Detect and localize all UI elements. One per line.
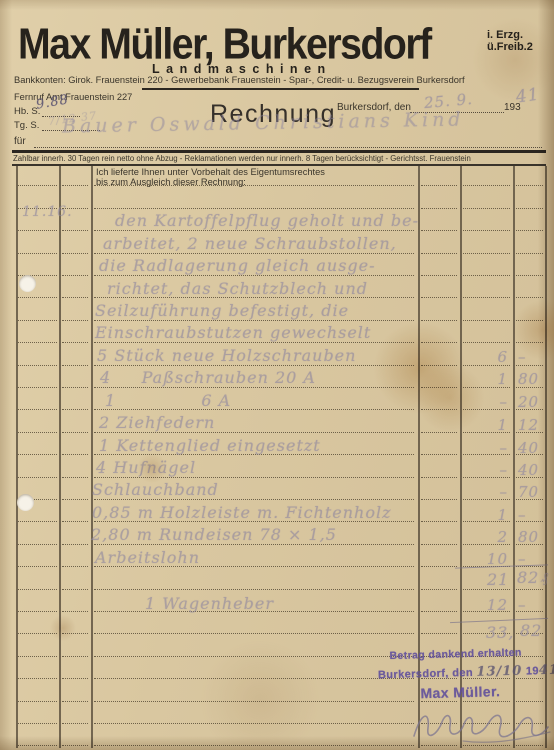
row-line	[421, 365, 457, 366]
row-line	[62, 230, 88, 231]
item-line: 5 Stück neue Holzschrauben	[97, 346, 356, 365]
terms-rule	[12, 164, 546, 166]
row-line	[62, 678, 88, 679]
phone-line: Fernruf Amt Frauenstein 227	[14, 92, 132, 102]
price-mark: 1	[470, 370, 508, 388]
row-line	[62, 544, 88, 545]
row-line	[516, 297, 543, 298]
price-mark: –	[470, 393, 508, 411]
price-pf: 12	[518, 416, 539, 434]
row-line	[516, 320, 543, 321]
row-line	[94, 342, 414, 343]
row-line	[421, 454, 457, 455]
price-mark: –	[470, 461, 508, 479]
column-divider	[59, 166, 61, 748]
row-line	[18, 723, 57, 724]
row-line	[94, 656, 414, 657]
row-line	[18, 745, 57, 746]
row-line	[18, 633, 57, 634]
row-line	[18, 678, 57, 679]
price-pf: 70	[518, 483, 539, 501]
item-line: 1 6 A	[105, 391, 231, 410]
row-line	[421, 208, 457, 209]
for-dotted-line	[34, 147, 542, 148]
row-line	[463, 320, 510, 321]
price-mark: –	[470, 439, 508, 457]
row-line	[18, 342, 57, 343]
price-mark: 2	[470, 528, 508, 546]
stamp-line-place-date: Burkersdorf, den 13/10 1941	[378, 663, 554, 683]
row-line	[516, 185, 543, 186]
row-line	[62, 745, 88, 746]
row-line	[62, 275, 88, 276]
row-line	[421, 297, 457, 298]
total-pf: 82	[520, 621, 542, 640]
row-line	[421, 477, 457, 478]
row-line	[463, 253, 510, 254]
subtotal-pfennig-sign: ₰	[541, 570, 549, 587]
row-line	[94, 230, 414, 231]
row-line	[62, 499, 88, 500]
row-line	[18, 297, 57, 298]
row-line	[421, 409, 457, 410]
row-line	[62, 320, 88, 321]
item-line: arbeitet, 2 neue Schraubstollen,	[103, 234, 397, 253]
row-line	[94, 723, 414, 724]
stamp-year-prefix: 19	[526, 665, 539, 677]
district-note: i. Erzg. ü.Freib.2	[487, 30, 533, 53]
row-line	[421, 432, 457, 433]
row-line	[421, 499, 457, 500]
item-line: 1 Kettenglied eingesetzt	[99, 436, 321, 455]
subtotal-mark: 21	[487, 570, 509, 589]
retention-clause: Ich lieferte Ihnen unter Vorbehalt des E…	[96, 168, 396, 187]
price-pf: 80	[518, 528, 539, 546]
row-line	[421, 589, 457, 590]
row-line	[516, 589, 543, 590]
row-line	[516, 253, 543, 254]
row-line	[421, 521, 457, 522]
row-line	[62, 387, 88, 388]
punch-hole-bottom	[17, 494, 34, 511]
receipt-stamp: Betrag dankend erhalten Burkersdorf, den…	[377, 646, 554, 703]
row-line	[463, 185, 510, 186]
stamp-handwritten-date: 13/10	[476, 664, 522, 680]
row-line	[62, 297, 88, 298]
price-pf: –	[518, 596, 527, 614]
item-line: 0,85 m Holzleiste m. Fichtenholz	[92, 503, 392, 522]
row-line	[62, 723, 88, 724]
row-line	[62, 185, 88, 186]
row-line	[18, 387, 57, 388]
for-label: für	[14, 136, 26, 147]
row-line	[94, 208, 414, 209]
row-line	[18, 521, 57, 522]
district-line-2: ü.Freib.2	[487, 42, 533, 54]
row-line	[18, 611, 57, 612]
price-pf: –	[518, 348, 527, 366]
row-line	[516, 275, 543, 276]
row-line	[62, 656, 88, 657]
invoice-scan-sheet: Max Müller, Burkersdorf i. Erzg. ü.Freib…	[0, 0, 554, 750]
row-line	[421, 320, 457, 321]
row-line	[516, 208, 543, 209]
row-line	[94, 701, 414, 702]
row-line	[18, 253, 57, 254]
row-line	[94, 589, 414, 590]
price-pf: 40	[518, 461, 539, 479]
total-mark: 33,	[486, 623, 514, 642]
row-line	[18, 185, 57, 186]
row-line	[62, 611, 88, 612]
row-line	[62, 701, 88, 702]
row-line	[421, 611, 457, 612]
row-line	[62, 477, 88, 478]
row-line	[463, 297, 510, 298]
price-mark: 1	[470, 416, 508, 434]
item-line: die Radlagerung gleich ausge-	[99, 256, 376, 275]
stamp-handwritten-year: 41	[539, 663, 554, 679]
row-line	[62, 253, 88, 254]
price-mark: 6	[470, 348, 508, 366]
item-line: Schlauchband	[92, 480, 219, 499]
row-line	[62, 633, 88, 634]
row-line	[94, 499, 414, 500]
row-line	[18, 701, 57, 702]
row-line	[62, 365, 88, 366]
item-line: Seilzuführung befestigt, die	[95, 301, 349, 320]
item-line: den Kartoffelpflug geholt und be-	[115, 211, 419, 230]
row-line	[421, 253, 457, 254]
row-line	[94, 387, 414, 388]
item-line: 2 Ziehfedern	[99, 413, 215, 432]
row-line	[62, 342, 88, 343]
trade-line: Landmaschinen	[152, 62, 332, 76]
row-line	[421, 387, 457, 388]
row-line	[421, 185, 457, 186]
stamp-place-date-label: Burkersdorf, den	[378, 667, 473, 681]
district-line-1: i. Erzg.	[487, 30, 533, 42]
bank-underline	[142, 88, 419, 90]
row-line	[421, 566, 457, 567]
price-mark: 1	[470, 506, 508, 524]
punch-hole-top	[19, 275, 36, 292]
terms-line: Zahlbar innerh. 30 Tagen rein netto ohne…	[13, 154, 471, 163]
price-pf: 40	[518, 439, 539, 457]
row-line	[18, 320, 57, 321]
item-line: Arbeitslohn	[95, 548, 200, 567]
row-line	[463, 208, 510, 209]
row-line	[62, 521, 88, 522]
handwritten-year: 41	[515, 84, 541, 107]
row-line	[62, 454, 88, 455]
price-pf: 20	[518, 393, 539, 411]
row-line	[18, 656, 57, 657]
price-pf: –	[518, 506, 527, 524]
item-line: 1 Wagenheber	[145, 594, 274, 613]
row-line	[62, 432, 88, 433]
entry-date-handwritten: 11.16.	[22, 204, 73, 220]
row-line	[18, 365, 57, 366]
row-line	[463, 275, 510, 276]
row-line	[62, 409, 88, 410]
row-line	[62, 566, 88, 567]
signature-handwriting	[408, 698, 553, 746]
item-line: Einschraubstutzen gewechselt	[95, 323, 371, 342]
item-line: 4 Hufnägel	[96, 458, 196, 477]
row-line	[18, 230, 57, 231]
subtotal-pf: 82	[517, 568, 539, 587]
row-line	[421, 275, 457, 276]
row-line	[18, 477, 57, 478]
row-line	[421, 544, 457, 545]
row-line	[516, 342, 543, 343]
price-pf: 80	[518, 370, 539, 388]
row-line	[94, 678, 414, 679]
row-line	[463, 342, 510, 343]
row-line	[421, 230, 457, 231]
row-line	[421, 633, 457, 634]
row-line	[94, 275, 414, 276]
row-line	[516, 230, 543, 231]
row-line	[18, 566, 57, 567]
row-line	[421, 342, 457, 343]
row-line	[18, 409, 57, 410]
price-mark: 12	[470, 596, 508, 614]
row-line	[18, 432, 57, 433]
item-line: 2,80 m Rundeisen 78 × 1,5	[91, 525, 337, 544]
item-line: richtet, das Schutzblech und	[107, 279, 368, 298]
row-line	[18, 589, 57, 590]
row-line	[94, 633, 414, 634]
column-divider	[91, 166, 93, 748]
row-line	[62, 589, 88, 590]
row-line	[463, 230, 510, 231]
price-mark: –	[470, 483, 508, 501]
tg-label: Tg. S.	[14, 120, 39, 131]
column-divider	[16, 166, 18, 748]
row-line	[94, 745, 414, 746]
header-rule	[12, 150, 546, 153]
row-line	[18, 454, 57, 455]
bank-accounts-line: Bankkonten: Girok. Frauenstein 220 - Gew…	[14, 75, 465, 85]
item-line: 4 Paßschrauben 20 A	[100, 368, 316, 387]
row-line	[18, 544, 57, 545]
retention-clause-line2: bis zum Ausgleich dieser Rechnung:	[96, 178, 396, 188]
